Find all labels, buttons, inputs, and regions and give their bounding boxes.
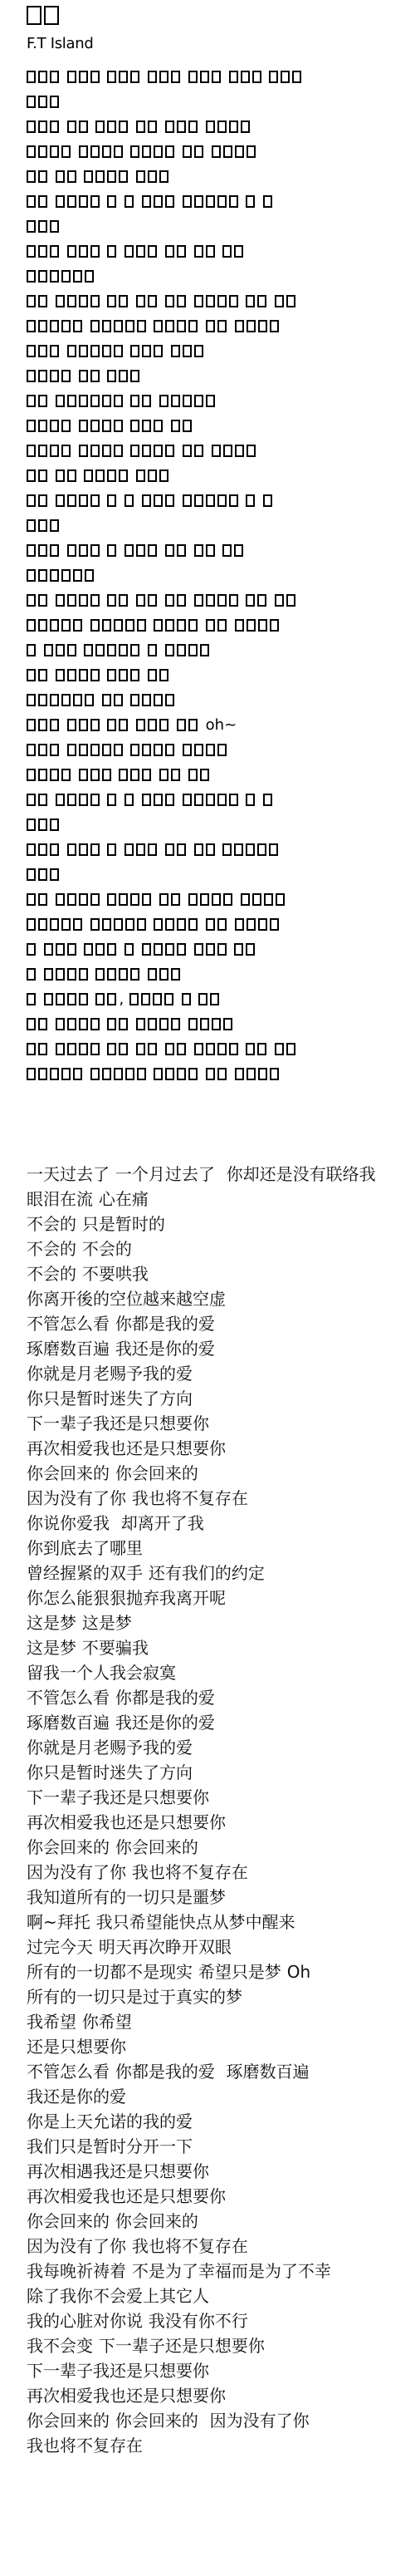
missing-glyph-box: □ <box>194 395 203 407</box>
missing-glyph-box: □ <box>292 71 301 83</box>
missing-glyph-box: □ <box>194 494 203 507</box>
missing-glyph-box: □ <box>90 71 100 83</box>
missing-glyph-box: □ <box>61 694 71 706</box>
missing-glyph-box: □ <box>206 918 215 931</box>
missing-glyph-box: □ <box>159 669 168 681</box>
missing-glyph-box: □ <box>102 320 111 332</box>
missing-glyph-box: □ <box>67 345 76 357</box>
translated-lyric-line: 你是上天允诺的我的爱 <box>27 2109 415 2134</box>
missing-glyph-box: □ <box>38 694 47 706</box>
missing-glyph-box: □ <box>183 494 192 507</box>
missing-glyph-box: □ <box>206 245 215 258</box>
missing-glyph-box: □ <box>223 893 232 906</box>
missing-glyph-box: □ <box>188 320 198 332</box>
missing-glyph-box: □ <box>165 943 174 956</box>
missing-glyph-box: □ <box>264 893 273 906</box>
missing-glyph-box: □ <box>50 445 59 457</box>
missing-glyph-box: □ <box>247 918 256 931</box>
missing-glyph-box: □ <box>107 1018 116 1030</box>
missing-glyph-box: □ <box>38 395 47 407</box>
missing-glyph-box: □ <box>200 644 209 656</box>
missing-glyph-box: □ <box>194 345 203 357</box>
translated-lyric-line: 不管怎么看 你都是我的爱 <box>27 1685 415 1710</box>
original-lyric-line: □□□ <box>27 90 415 115</box>
missing-glyph-box: □ <box>270 918 279 931</box>
missing-glyph-box: □ <box>206 320 215 332</box>
missing-glyph-box: □ <box>258 918 267 931</box>
missing-glyph-box: □ <box>38 494 47 507</box>
missing-glyph-box: □ <box>222 245 232 258</box>
missing-glyph-box: □ <box>194 794 203 806</box>
missing-glyph-box: □ <box>130 395 139 407</box>
translated-lyric-line: 不会的 不会的 <box>27 1236 415 1261</box>
missing-glyph-box: □ <box>177 544 186 557</box>
missing-glyph-box: □ <box>241 71 250 83</box>
missing-glyph-box: □ <box>114 420 123 432</box>
missing-glyph-box: □ <box>56 594 65 607</box>
translated-lyric-line: 你会回来的 你会回来的 <box>27 1835 415 1860</box>
missing-glyph-box: □ <box>50 71 59 83</box>
missing-glyph-box: □ <box>27 320 36 332</box>
missing-glyph-box: □ <box>206 1068 215 1080</box>
missing-glyph-box: □ <box>107 968 116 981</box>
missing-glyph-box: □ <box>148 295 157 307</box>
missing-glyph-box: □ <box>79 1043 88 1055</box>
missing-glyph-box: □ <box>194 744 203 756</box>
missing-glyph-box: □ <box>136 120 145 133</box>
missing-glyph-box: □ <box>79 794 88 806</box>
translated-lyrics: 一天过去了 一个月过去了 你却还是没有联络我眼泪在流 心在痛不会的 只是暂时的不… <box>27 1162 415 2458</box>
translated-lyric-line: 你会回来的 你会回来的 <box>27 2209 415 2234</box>
missing-glyph-box: □ <box>194 594 203 607</box>
missing-glyph-box: □ <box>234 245 243 258</box>
missing-glyph-box: □ <box>148 1043 157 1055</box>
original-lyric-line: □□□□ □□□□ □□□□ □□ □□□□ <box>27 439 415 464</box>
missing-glyph-box: □ <box>137 1068 146 1080</box>
translated-lyric-line: 你就是月老赐予我的爱 <box>27 1361 415 1386</box>
missing-glyph-box: □ <box>50 619 59 632</box>
missing-glyph-box: □ <box>67 195 76 208</box>
missing-glyph-box: □ <box>79 594 88 607</box>
translated-lyric-line: 因为没有了你 我也将不复存在 <box>27 2234 415 2259</box>
missing-glyph-box: □ <box>44 993 53 1005</box>
missing-glyph-box: □ <box>107 245 116 258</box>
missing-glyph-box: □ <box>79 744 88 756</box>
missing-glyph-box: □ <box>164 993 173 1005</box>
missing-glyph-box: □ <box>212 71 221 83</box>
translated-lyric-line: 我也将不复存在 <box>27 2433 415 2458</box>
missing-glyph-box: □ <box>194 843 203 856</box>
missing-glyph-box: □ <box>159 170 168 183</box>
missing-glyph-box: □ <box>269 71 278 83</box>
missing-glyph-box: □ <box>281 71 290 83</box>
missing-glyph-box: □ <box>79 669 88 681</box>
missing-glyph-box: □ <box>177 320 186 332</box>
missing-glyph-box: □ <box>102 694 111 706</box>
missing-glyph-box: □ <box>246 195 255 208</box>
missing-glyph-box: □ <box>38 370 47 382</box>
missing-glyph-box: □ <box>124 794 134 806</box>
missing-glyph-box: □ <box>90 370 100 382</box>
original-lyric-line: □□ □□ □□□□ □□□ <box>27 464 415 489</box>
missing-glyph-box: □ <box>79 1018 88 1030</box>
missing-glyph-box: □ <box>206 619 215 632</box>
missing-glyph-box: □ <box>119 669 128 681</box>
translated-lyric-line: 你就是月老赐予我的爱 <box>27 1735 415 1760</box>
missing-glyph-box: □ <box>114 395 123 407</box>
missing-glyph-box: □ <box>210 993 219 1005</box>
missing-glyph-box: □ <box>234 544 243 557</box>
missing-glyph-box: □ <box>27 1018 36 1030</box>
missing-glyph-box: □ <box>107 893 116 906</box>
translated-lyric-line: 再次相遇我还是只想要你 <box>27 2159 415 2184</box>
translated-lyric-line: 你到底去了哪里 <box>27 1536 415 1561</box>
missing-glyph-box: □ <box>229 794 238 806</box>
original-lyric-line: □□□ <box>27 813 415 838</box>
missing-glyph-box: □ <box>136 843 145 856</box>
missing-glyph-box: □ <box>148 843 157 856</box>
missing-glyph-box: □ <box>177 918 186 931</box>
missing-glyph-box: □ <box>27 719 36 731</box>
missing-glyph-box: □ <box>247 320 256 332</box>
missing-glyph-box: □ <box>194 544 203 557</box>
missing-glyph-box: □ <box>165 494 174 507</box>
missing-glyph-box: □ <box>252 893 261 906</box>
missing-glyph-box: □ <box>38 420 47 432</box>
translated-lyric-line: 过完今天 明天再次睁开双眼 <box>27 1934 415 1959</box>
missing-glyph-box: □ <box>165 295 174 307</box>
original-lyric-line: □□□□□□ <box>27 563 415 588</box>
missing-glyph-box: □ <box>61 370 71 382</box>
missing-glyph-box: □ <box>206 794 215 806</box>
missing-glyph-box: □ <box>275 295 284 307</box>
missing-glyph-box: □ <box>79 71 88 83</box>
missing-glyph-box: □ <box>183 195 192 208</box>
missing-glyph-box: □ <box>50 320 59 332</box>
missing-glyph-box: □ <box>171 345 180 357</box>
lyrics-page: □□ F.T Island □□□ □□□ □□□ □□□ □□□ □□□ □□… <box>0 0 415 2576</box>
missing-glyph-box: □ <box>27 6 41 25</box>
missing-glyph-box: □ <box>188 1018 198 1030</box>
missing-glyph-box: □ <box>90 494 100 507</box>
translated-lyric-line: 不会的 不要哄我 <box>27 1261 415 1286</box>
missing-glyph-box: □ <box>67 993 76 1005</box>
missing-glyph-box: □ <box>212 445 221 457</box>
missing-glyph-box: □ <box>130 644 139 656</box>
missing-glyph-box: □ <box>258 619 267 632</box>
missing-glyph-box: □ <box>56 644 65 656</box>
missing-glyph-box: □ <box>38 794 47 806</box>
missing-glyph-box: □ <box>257 295 266 307</box>
translated-lyric-line: 我们只是暂时分开一下 <box>27 2134 415 2159</box>
missing-glyph-box: □ <box>200 71 209 83</box>
missing-glyph-box: □ <box>56 195 65 208</box>
missing-glyph-box: □ <box>136 245 145 258</box>
missing-glyph-box: □ <box>44 968 53 981</box>
missing-glyph-box: □ <box>107 120 116 133</box>
translated-lyric-line: 你离开後的空位越来越空虚 <box>27 1286 415 1311</box>
missing-glyph-box: □ <box>119 170 128 183</box>
missing-glyph-box: □ <box>235 619 244 632</box>
missing-glyph-box: □ <box>50 544 59 557</box>
missing-glyph-box: □ <box>102 145 111 158</box>
missing-glyph-box: □ <box>61 619 71 632</box>
missing-glyph-box: □ <box>27 943 36 956</box>
missing-glyph-box: □ <box>246 943 255 956</box>
original-lyric-line: □□ □□□□□□ □□ □□□□□ <box>27 389 415 414</box>
original-lyric-line: □□ □□□□ □□ □□ □□ □□□□ □□ □□ <box>27 588 415 613</box>
missing-glyph-box: □ <box>90 843 100 856</box>
missing-glyph-box: □ <box>90 1043 100 1055</box>
missing-glyph-box: □ <box>229 295 238 307</box>
missing-glyph-box: □ <box>246 1043 255 1055</box>
translated-lyric-line: 还是只想要你 <box>27 2034 415 2059</box>
missing-glyph-box: □ <box>177 1068 186 1080</box>
missing-glyph-box: □ <box>206 120 215 133</box>
missing-glyph-box: □ <box>241 893 250 906</box>
missing-glyph-box: □ <box>142 445 151 457</box>
missing-glyph-box: □ <box>136 719 145 731</box>
missing-glyph-box: □ <box>159 395 168 407</box>
missing-glyph-box: □ <box>246 794 255 806</box>
translated-lyric-line: 不管怎么看 你都是我的爱 <box>27 1311 415 1336</box>
missing-glyph-box: □ <box>124 195 134 208</box>
missing-glyph-box: □ <box>107 669 116 681</box>
missing-glyph-box: □ <box>165 843 174 856</box>
missing-glyph-box: □ <box>119 1043 128 1055</box>
missing-glyph-box: □ <box>137 320 146 332</box>
missing-glyph-box: □ <box>154 345 163 357</box>
missing-glyph-box: □ <box>67 395 76 407</box>
missing-glyph-box: □ <box>90 544 100 557</box>
missing-glyph-box: □ <box>154 694 163 706</box>
original-lyrics: □□□ □□□ □□□ □□□ □□□ □□□ □□□□□□□□□ □□ □□□… <box>27 65 415 1087</box>
missing-glyph-box: □ <box>56 794 65 806</box>
missing-glyph-box: □ <box>183 395 192 407</box>
missing-glyph-box: □ <box>56 494 65 507</box>
missing-glyph-box: □ <box>95 170 105 183</box>
original-lyric-line: □□□□ □□□ □□□ □□ □□ <box>27 763 415 788</box>
missing-glyph-box: □ <box>73 569 82 582</box>
missing-glyph-box: □ <box>183 445 192 457</box>
missing-glyph-box: □ <box>171 968 180 981</box>
missing-glyph-box: □ <box>90 594 100 607</box>
missing-glyph-box: □ <box>182 993 191 1005</box>
missing-glyph-box: □ <box>38 145 47 158</box>
missing-glyph-box: □ <box>114 145 123 158</box>
missing-glyph-box: □ <box>38 445 47 457</box>
missing-glyph-box: □ <box>102 420 111 432</box>
missing-glyph-box: □ <box>114 1068 123 1080</box>
missing-glyph-box: □ <box>263 494 272 507</box>
missing-glyph-box: □ <box>142 395 151 407</box>
original-lyric-line: □□□□□ □□□□□ □□□□ □□ □□□□ <box>27 613 415 638</box>
missing-glyph-box: □ <box>165 594 174 607</box>
missing-glyph-box: □ <box>67 170 76 183</box>
missing-glyph-box: □ <box>27 469 36 482</box>
missing-glyph-box: □ <box>27 993 36 1005</box>
missing-glyph-box: □ <box>257 594 266 607</box>
missing-glyph-box: □ <box>130 445 139 457</box>
missing-glyph-box: □ <box>38 819 47 831</box>
missing-glyph-box: □ <box>67 744 76 756</box>
missing-glyph-box: □ <box>124 245 134 258</box>
missing-glyph-box: □ <box>50 868 59 881</box>
missing-glyph-box: □ <box>154 420 163 432</box>
translated-lyric-line: 这是梦 不要骗我 <box>27 1635 415 1660</box>
missing-glyph-box: □ <box>142 420 151 432</box>
missing-glyph-box: □ <box>114 320 123 332</box>
missing-glyph-box: □ <box>90 769 100 781</box>
missing-glyph-box: □ <box>27 1068 36 1080</box>
missing-glyph-box: □ <box>95 943 105 956</box>
translated-lyric-line: 琢磨数百遍 我还是你的爱 <box>27 1336 415 1361</box>
missing-glyph-box: □ <box>50 96 59 108</box>
missing-glyph-box: □ <box>90 345 100 357</box>
missing-glyph-box: □ <box>148 120 157 133</box>
missing-glyph-box: □ <box>50 370 59 382</box>
missing-glyph-box: □ <box>212 893 221 906</box>
missing-glyph-box: □ <box>79 370 88 382</box>
missing-glyph-box: □ <box>114 694 123 706</box>
missing-glyph-box: □ <box>222 843 232 856</box>
missing-glyph-box: □ <box>159 893 168 906</box>
translated-lyric-line: 啊~拜托 我只希望能快点从梦中醒来 <box>27 1910 415 1934</box>
missing-glyph-box: □ <box>119 295 128 307</box>
missing-glyph-box: □ <box>188 893 198 906</box>
missing-glyph-box: □ <box>67 794 76 806</box>
missing-glyph-box: □ <box>124 943 134 956</box>
original-lyric-line: □□□ □□□□□ □□□□ □□□□ <box>27 738 415 763</box>
missing-glyph-box: □ <box>258 1068 267 1080</box>
missing-glyph-box: □ <box>148 170 157 183</box>
missing-glyph-box: □ <box>165 918 174 931</box>
missing-glyph-box: □ <box>229 1043 238 1055</box>
missing-glyph-box: □ <box>119 594 128 607</box>
missing-glyph-box: □ <box>148 469 157 482</box>
missing-glyph-box: □ <box>102 769 111 781</box>
missing-glyph-box: □ <box>50 270 59 283</box>
original-lyric-line: □□□□□ □□□□□ □□□□ □□ □□□□ <box>27 912 415 937</box>
missing-glyph-box: □ <box>27 345 36 357</box>
missing-glyph-box: □ <box>217 1068 227 1080</box>
missing-glyph-box: □ <box>67 893 76 906</box>
missing-glyph-box: □ <box>38 96 47 108</box>
missing-glyph-box: □ <box>90 893 100 906</box>
missing-glyph-box: □ <box>90 145 100 158</box>
missing-glyph-box: □ <box>50 145 59 158</box>
missing-glyph-box: □ <box>107 469 116 482</box>
missing-glyph-box: □ <box>95 968 105 981</box>
missing-glyph-box: □ <box>257 843 266 856</box>
translated-lyric-line: 留我一个人我会寂寞 <box>27 1660 415 1685</box>
missing-glyph-box: □ <box>188 619 198 632</box>
missing-glyph-box: □ <box>119 769 128 781</box>
missing-glyph-box: □ <box>159 469 168 482</box>
translated-lyric-line: 你会回来的 你会回来的 因为没有了你 <box>27 2408 415 2433</box>
missing-glyph-box: □ <box>90 918 100 931</box>
missing-glyph-box: □ <box>124 544 134 557</box>
missing-glyph-box: □ <box>67 245 76 258</box>
missing-glyph-box: □ <box>67 943 76 956</box>
missing-glyph-box: □ <box>125 1068 134 1080</box>
missing-glyph-box: □ <box>107 843 116 856</box>
missing-glyph-box: □ <box>67 1043 76 1055</box>
missing-glyph-box: □ <box>79 968 88 981</box>
missing-glyph-box: □ <box>61 320 71 332</box>
translated-lyric-line: 再次相爱我也还是只想要你 <box>27 2184 415 2209</box>
original-lyric-line: □□□□□□ □□ □□□□ <box>27 688 415 713</box>
missing-glyph-box: □ <box>154 918 163 931</box>
original-lyric-line: □□ □□ □□□□ □□□ <box>27 165 415 189</box>
missing-glyph-box: □ <box>90 245 100 258</box>
missing-glyph-box: □ <box>119 644 128 656</box>
missing-glyph-box: □ <box>137 918 146 931</box>
translated-lyric-line: 我不会变 下一辈子还是只想要你 <box>27 2333 415 2358</box>
missing-glyph-box: □ <box>90 744 100 756</box>
missing-glyph-box: □ <box>200 769 209 781</box>
missing-glyph-box: □ <box>263 794 272 806</box>
missing-glyph-box: □ <box>27 669 36 681</box>
translated-lyric-line: 你只是暂时迷失了方向 <box>27 1760 415 1785</box>
missing-glyph-box: □ <box>142 943 151 956</box>
missing-glyph-box: □ <box>194 195 203 208</box>
missing-glyph-box: □ <box>85 270 94 283</box>
missing-glyph-box: □ <box>67 120 76 133</box>
missing-glyph-box: □ <box>73 694 82 706</box>
missing-glyph-box: □ <box>27 868 36 881</box>
missing-glyph-box: □ <box>38 469 47 482</box>
missing-glyph-box: □ <box>107 594 116 607</box>
missing-glyph-box: □ <box>223 445 232 457</box>
missing-glyph-box: □ <box>136 469 145 482</box>
original-lyric-line: □□□□ □□ □□□ <box>27 364 415 389</box>
missing-glyph-box: □ <box>188 71 198 83</box>
missing-glyph-box: □ <box>252 71 261 83</box>
missing-glyph-box: □ <box>194 445 203 457</box>
missing-glyph-box: □ <box>153 993 162 1005</box>
missing-glyph-box: □ <box>183 345 192 357</box>
missing-glyph-box: □ <box>27 769 36 781</box>
missing-glyph-box: □ <box>171 395 180 407</box>
missing-glyph-box: □ <box>95 120 105 133</box>
missing-glyph-box: □ <box>38 843 47 856</box>
missing-glyph-box: □ <box>217 594 227 607</box>
missing-glyph-box: □ <box>137 619 146 632</box>
missing-glyph-box: □ <box>38 918 47 931</box>
missing-glyph-box: □ <box>27 445 36 457</box>
missing-glyph-box: □ <box>142 195 151 208</box>
missing-glyph-box: □ <box>27 544 36 557</box>
missing-glyph-box: □ <box>27 96 36 108</box>
missing-glyph-box: □ <box>56 469 65 482</box>
translated-lyric-line: 下一辈子我还是只想要你 <box>27 1785 415 1810</box>
translated-lyric-line: 我还是你的爱 <box>27 2084 415 2109</box>
missing-glyph-box: □ <box>136 544 145 557</box>
missing-glyph-box: □ <box>50 569 59 582</box>
missing-glyph-box: □ <box>38 893 47 906</box>
missing-glyph-box: □ <box>212 1018 221 1030</box>
missing-glyph-box: □ <box>269 843 278 856</box>
missing-glyph-box: □ <box>171 1018 180 1030</box>
missing-glyph-box: □ <box>125 320 134 332</box>
missing-glyph-box: □ <box>154 320 163 332</box>
missing-glyph-box: □ <box>27 619 36 632</box>
missing-glyph-box: □ <box>142 345 151 357</box>
missing-glyph-box: □ <box>119 370 128 382</box>
missing-glyph-box: □ <box>114 744 123 756</box>
missing-glyph-box: □ <box>50 819 59 831</box>
